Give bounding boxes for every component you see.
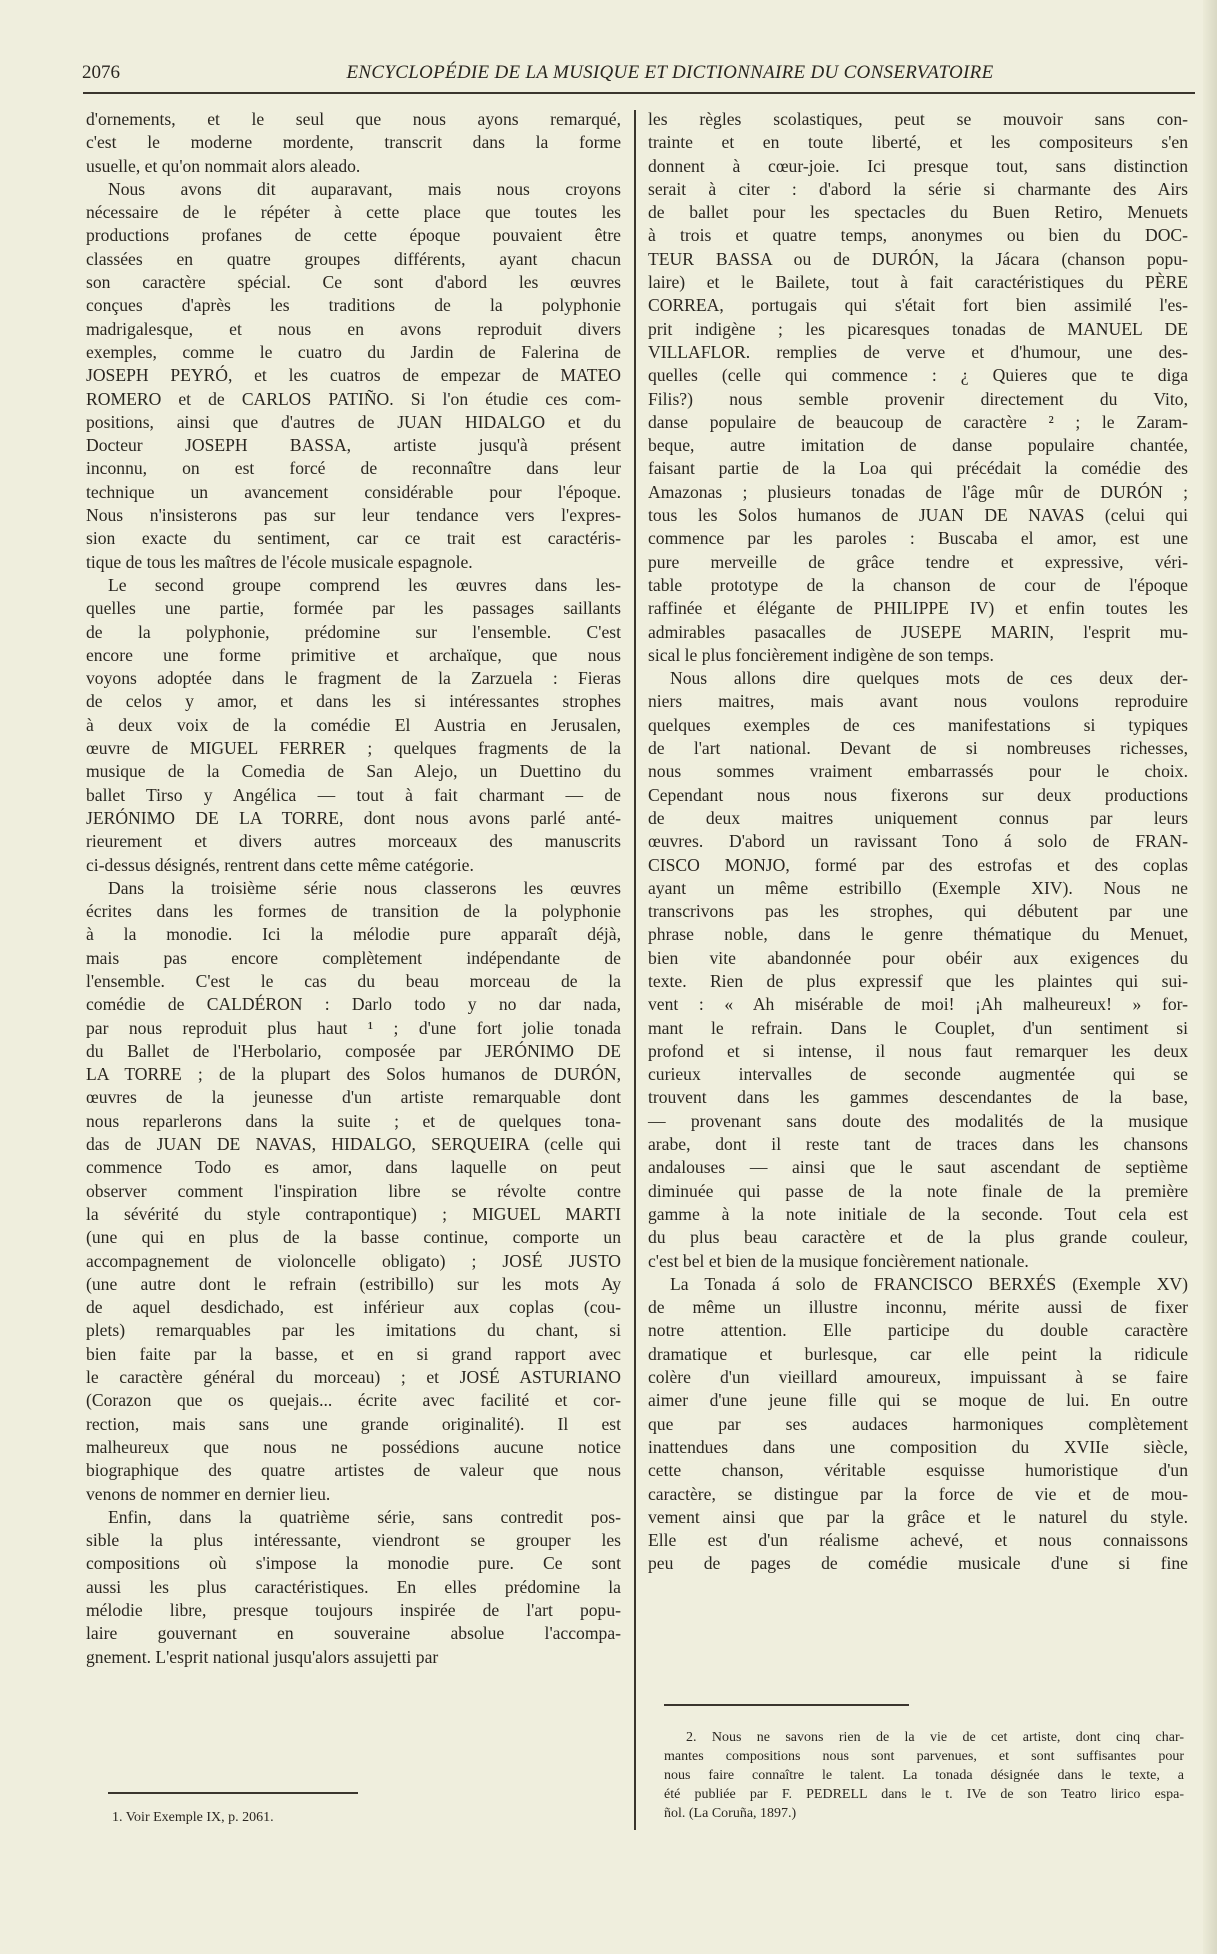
text-line: vent : « Ah misérable de moi! ¡Ah malheu… xyxy=(648,993,1188,1016)
text-line: musique de la Comedia de San Alejo, un D… xyxy=(86,760,621,783)
text-line: de l'art national. Devant de si nombreus… xyxy=(648,737,1188,760)
text-line: arabe, dont il reste tant de traces dans… xyxy=(648,1133,1188,1156)
text-line: (une autre dont le refrain (estribillo) … xyxy=(86,1273,621,1296)
text-line: niers maitres, mais avant nous voulons r… xyxy=(648,690,1188,713)
left-column: d'ornements, et le seul que nous ayons r… xyxy=(86,108,621,1669)
text-line: — provenant sans doute des modalités de … xyxy=(648,1110,1188,1133)
text-line: Enfin, dans la quatrième série, sans con… xyxy=(86,1506,621,1529)
text-line: de ballet pour les spectacles du Buen Re… xyxy=(648,201,1188,224)
text-line: bien faite par la basse, et en si grand … xyxy=(86,1343,621,1366)
text-line: Nous n'insisterons pas sur leur tendance… xyxy=(86,504,621,527)
text-line: VILLAFLOR. remplies de verve et d'humour… xyxy=(648,341,1188,364)
text-line: raffinée et élégante de PHILIPPE IV) et … xyxy=(648,597,1188,620)
text-line: positions, ainsi que d'autres de JUAN HI… xyxy=(86,411,621,434)
text-line: usuelle, et qu'on nommait alors aleado. xyxy=(86,155,621,178)
right-column: les règles scolastiques, peut se mouvoir… xyxy=(648,108,1188,1576)
text-line: écrites dans les formes de transition de… xyxy=(86,900,621,923)
text-line: beque, autre imitation de danse populair… xyxy=(648,434,1188,457)
text-line: Filis?) nous semble provenir directement… xyxy=(648,388,1188,411)
text-line: dramatique et burlesque, car elle peint … xyxy=(648,1343,1188,1366)
text-line: c'est le moderne mordente, transcrit dan… xyxy=(86,131,621,154)
text-line: LA TORRE ; de la plupart des Solos human… xyxy=(86,1063,621,1086)
text-line: œuvres. D'abord un ravissant Tono á solo… xyxy=(648,830,1188,853)
text-line: trouvent dans les gammes descendantes de… xyxy=(648,1086,1188,1109)
text-line: conçues d'après les traditions de la pol… xyxy=(86,294,621,317)
text-line: phrase noble, dans le genre thématique d… xyxy=(648,923,1188,946)
text-line: admirables pasacalles de JUSEPE MARIN, l… xyxy=(648,621,1188,644)
text-line: biographique des quatre artistes de vale… xyxy=(86,1459,621,1482)
footnote-2: 2. Nous ne savons rien de la vie de cet … xyxy=(664,1728,1184,1823)
text-line: prit indigène ; les picaresques tonadas … xyxy=(648,318,1188,341)
text-line: à trois et quatre temps, anonymes ou bie… xyxy=(648,224,1188,247)
text-line: mélodie libre, presque toujours inspirée… xyxy=(86,1599,621,1622)
text-line: de deux maitres uniquement connus par le… xyxy=(648,807,1188,830)
text-line: été publiée par F. PEDRELL dans le t. IV… xyxy=(664,1785,1184,1804)
text-line: comédie de CALDÉRON : Darlo todo y no da… xyxy=(86,993,621,1016)
text-line: cette chanson, véritable esquisse humori… xyxy=(648,1459,1188,1482)
text-line: ROMERO et de CARLOS PATIÑO. Si l'on étud… xyxy=(86,388,621,411)
header-rule xyxy=(83,92,1195,94)
text-line: compositions où s'impose la monodie pure… xyxy=(86,1552,621,1575)
text-line: danse populaire de beaucoup de caractère… xyxy=(648,411,1188,434)
text-line: accompagnement de violoncelle obligato) … xyxy=(86,1250,621,1273)
text-line: œuvres de la jeunesse d'un artiste remar… xyxy=(86,1086,621,1109)
text-line: colère d'un vieillard amoureux, impuissa… xyxy=(648,1366,1188,1389)
text-line: diminuée qui passe de la note finale de … xyxy=(648,1180,1188,1203)
text-line: Nous allons dire quelques mots de ces de… xyxy=(648,667,1188,690)
text-line: La Tonada á solo de FRANCISCO BERXÉS (Ex… xyxy=(648,1273,1188,1296)
text-line: (Corazon que os quejais... écrite avec f… xyxy=(86,1389,621,1412)
text-line: ballet Tirso y Angélica — tout à fait ch… xyxy=(86,784,621,807)
text-line: sion exacte du sentiment, car ce trait e… xyxy=(86,527,621,550)
text-line: venons de nommer en dernier lieu. xyxy=(86,1483,621,1506)
text-line: à la monodie. Ici la mélodie pure appara… xyxy=(86,923,621,946)
text-line: serait à citer : d'abord la série si cha… xyxy=(648,178,1188,201)
text-line: Docteur JOSEPH BASSA, artiste jusqu'à pr… xyxy=(86,434,621,457)
text-line: exemples, comme le cuatro du Jardin de F… xyxy=(86,341,621,364)
text-line: Nous avons dit auparavant, mais nous cro… xyxy=(86,178,621,201)
text-line: commence par les paroles : Buscaba el am… xyxy=(648,527,1188,550)
text-line: mantes compositions nous sont parvenues,… xyxy=(664,1747,1184,1766)
text-line: de la polyphonie, prédomine sur l'ensemb… xyxy=(86,621,621,644)
text-line: c'est bel et bien de la musique foncière… xyxy=(648,1250,1188,1273)
text-line: par nous reproduit plus haut ¹ ; d'une f… xyxy=(86,1017,621,1040)
text-line: inattendues dans une composition du XVII… xyxy=(648,1436,1188,1459)
text-line: quelques exemples de ces manifestations … xyxy=(648,714,1188,737)
text-line: Elle est d'un réalisme achevé, et nous c… xyxy=(648,1529,1188,1552)
text-line: à deux voix de la comédie El Austria en … xyxy=(86,714,621,737)
text-line: bien vite abandonnée pour obéir aux exig… xyxy=(648,947,1188,970)
text-line: sical le plus foncièrement indigène de s… xyxy=(648,644,1188,667)
text-line: CORREA, portugais qui s'était fort bien … xyxy=(648,294,1188,317)
text-line: 2. Nous ne savons rien de la vie de cet … xyxy=(664,1728,1184,1747)
text-line: ci-dessus désignés, rentrent dans cette … xyxy=(86,854,621,877)
text-line: nous sommes vraiment embarrassés pour le… xyxy=(648,760,1188,783)
text-line: encore une forme primitive et archaïque,… xyxy=(86,644,621,667)
text-line: commence Todo es amor, dans laquelle on … xyxy=(86,1156,621,1179)
text-line: du Ballet de l'Herbolario, composée par … xyxy=(86,1040,621,1063)
text-line: nécessaire de le répéter à cette place q… xyxy=(86,201,621,224)
footnote-rule-left xyxy=(108,1792,358,1794)
text-line: Amazonas ; plusieurs tonadas de l'âge mû… xyxy=(648,481,1188,504)
text-line: vement ainsi que par la grâce et le natu… xyxy=(648,1506,1188,1529)
text-line: gamme à la note initiale de la seconde. … xyxy=(648,1203,1188,1226)
text-line: pure merveille de grâce tendre et expres… xyxy=(648,551,1188,574)
text-line: faisant partie de la Loa qui précédait l… xyxy=(648,457,1188,480)
text-line: l'ensemble. C'est le cas du beau morceau… xyxy=(86,970,621,993)
text-line: ñol. (La Coruña, 1897.) xyxy=(664,1804,1184,1823)
text-line: d'ornements, et le seul que nous ayons r… xyxy=(86,108,621,131)
text-line: nous faire connaître le talent. La tonad… xyxy=(664,1766,1184,1785)
text-line: quelles une partie, formée par les passa… xyxy=(86,597,621,620)
text-line: JERÓNIMO DE LA TORRE, dont nous avons pa… xyxy=(86,807,621,830)
text-line: caractère, se distingue par la force de … xyxy=(648,1483,1188,1506)
column-divider xyxy=(634,110,636,1830)
text-line: de aquel desdichado, est inférieur aux c… xyxy=(86,1296,621,1319)
text-line: classées en quatre groupes différents, a… xyxy=(86,248,621,271)
text-line: andalouses — ainsi que le saut ascendant… xyxy=(648,1156,1188,1179)
text-line: mant le refrain. Dans le Couplet, d'un s… xyxy=(648,1017,1188,1040)
text-line: malheureux que nous ne possédions aucune… xyxy=(86,1436,621,1459)
text-line: productions profanes de cette époque pou… xyxy=(86,224,621,247)
text-line: TEUR BASSA ou de DURÓN, la Jácara (chans… xyxy=(648,248,1188,271)
text-line: (une qui en plus de la basse continue, c… xyxy=(86,1226,621,1249)
text-line: plets) remarquables par les imitations d… xyxy=(86,1319,621,1342)
text-line: Cependant nous nous fixerons sur deux pr… xyxy=(648,784,1188,807)
text-line: notre attention. Elle participe du doubl… xyxy=(648,1319,1188,1342)
text-line: table prototype de la chanson de cour de… xyxy=(648,574,1188,597)
text-line: das de JUAN DE NAVAS, HIDALGO, SERQUEIRA… xyxy=(86,1133,621,1156)
text-line: profond et si intense, il nous faut rema… xyxy=(648,1040,1188,1063)
text-line: aimer d'une jeune fille qui se moque de … xyxy=(648,1389,1188,1412)
text-line: donnent à cœur-joie. Ici presque tout, s… xyxy=(648,155,1188,178)
text-line: curieux intervalles de seconde augmentée… xyxy=(648,1063,1188,1086)
text-line: texte. Rien de plus expressif que les pl… xyxy=(648,970,1188,993)
text-line: rieurement et divers autres morceaux des… xyxy=(86,830,621,853)
page-edge-shadow xyxy=(1203,0,1217,1954)
text-line: nous reparlerons dans la suite ; et de q… xyxy=(86,1110,621,1133)
text-line: les règles scolastiques, peut se mouvoir… xyxy=(648,108,1188,131)
text-line: sible la plus intéressante, viendront se… xyxy=(86,1529,621,1552)
text-line: technique un avancement considérable pou… xyxy=(86,481,621,504)
text-line: JOSEPH PEYRÓ, et les cuatros de empezar … xyxy=(86,364,621,387)
text-line: trainte et en toute liberté, et les comp… xyxy=(648,131,1188,154)
text-line: tous les Solos humanos de JUAN DE NAVAS … xyxy=(648,504,1188,527)
text-line: voyons adoptée dans le fragment de la Za… xyxy=(86,667,621,690)
text-line: la sévérité du style contrapontique) ; M… xyxy=(86,1203,621,1226)
page-number: 2076 xyxy=(82,62,120,84)
text-line: Le second groupe comprend les œuvres dan… xyxy=(86,574,621,597)
text-line: quelles (celle qui commence : ¿ Quieres … xyxy=(648,364,1188,387)
text-line: peu de pages de comédie musicale d'une s… xyxy=(648,1552,1188,1575)
text-line: que par ses audaces harmoniques complète… xyxy=(648,1413,1188,1436)
text-line: de même un illustre inconnu, mérite auss… xyxy=(648,1296,1188,1319)
text-line: gnement. L'esprit national jusqu'alors a… xyxy=(86,1646,621,1669)
text-line: tique de tous les maîtres de l'école mus… xyxy=(86,551,621,574)
running-title: ENCYCLOPÉDIE DE LA MUSIQUE ET DICTIONNAI… xyxy=(230,62,1110,84)
text-line: ayant un même estribillo (Exemple XIV). … xyxy=(648,877,1188,900)
text-line: œuvre de MIGUEL FERRER ; quelques fragme… xyxy=(86,737,621,760)
text-line: son caractère spécial. Ce sont d'abord l… xyxy=(86,271,621,294)
text-line: rection, mais sans une grande originalit… xyxy=(86,1413,621,1436)
text-line: CISCO MONJO, formé par des estrofas et d… xyxy=(648,854,1188,877)
text-line: laire gouvernant en souveraine absolue l… xyxy=(86,1622,621,1645)
text-line: Dans la troisième série nous classerons … xyxy=(86,877,621,900)
footnote-rule-right xyxy=(664,1704,909,1706)
text-line: du plus beau caractère et de la plus gra… xyxy=(648,1226,1188,1249)
text-line: de celos y amor, et dans les si intéress… xyxy=(86,690,621,713)
text-line: transcrivons pas les strophes, qui début… xyxy=(648,900,1188,923)
footnote-1: 1. Voir Exemple IX, p. 2061. xyxy=(112,1808,512,1827)
text-line: aussi les plus caractéristiques. En elle… xyxy=(86,1576,621,1599)
text-line: le caractère général du morceau) ; et JO… xyxy=(86,1366,621,1389)
text-line: madrigalesque, et nous en avons reprodui… xyxy=(86,318,621,341)
text-line: laire) et le Bailete, tout à fait caract… xyxy=(648,271,1188,294)
text-line: mais pas encore complètement indépendant… xyxy=(86,947,621,970)
text-line: observer comment l'inspiration libre se … xyxy=(86,1180,621,1203)
page-header: 2076 ENCYCLOPÉDIE DE LA MUSIQUE ET DICTI… xyxy=(80,62,1195,86)
text-line: inconnu, on est forcé de reconnaître dan… xyxy=(86,457,621,480)
